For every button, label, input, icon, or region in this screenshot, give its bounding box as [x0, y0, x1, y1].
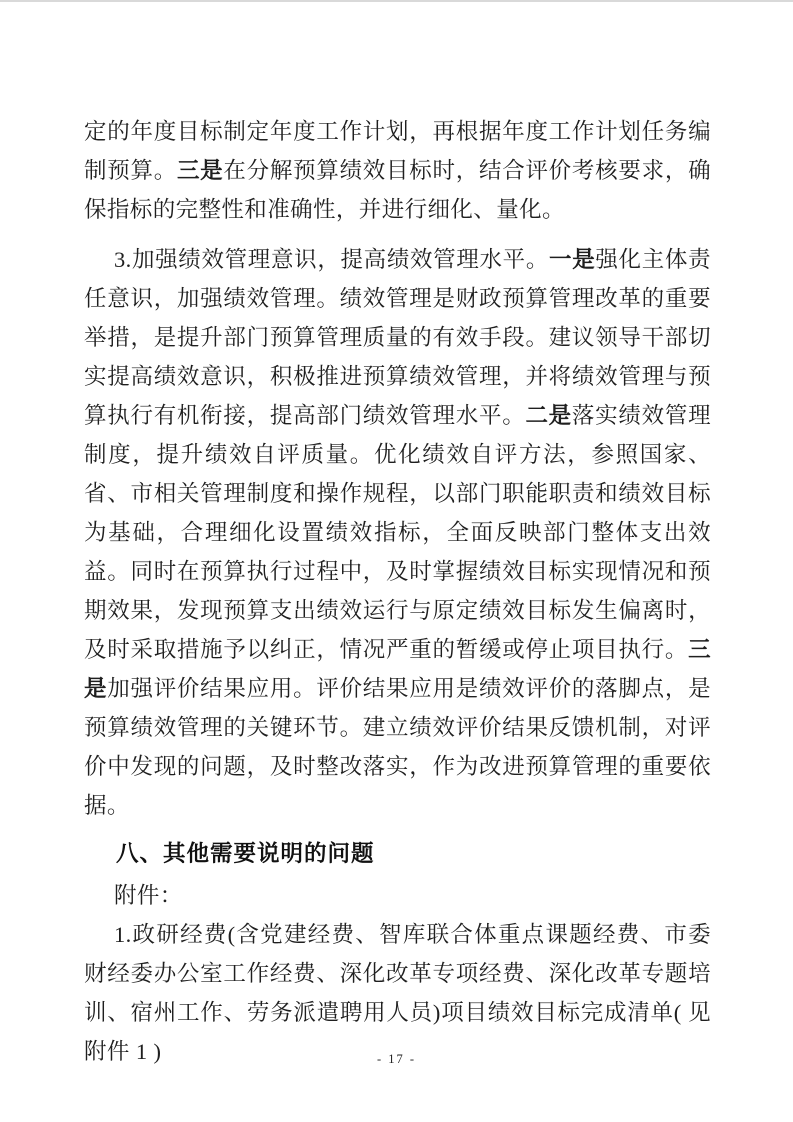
emphasis-run: 三是: [177, 158, 223, 183]
text-run: 3.加强绩效管理意识，提高绩效管理水平。: [114, 247, 549, 272]
text-run: 强化主体责任意识，加强绩效管理。绩效管理是财政预算管理改革的重要举措，是提升部门…: [84, 247, 711, 428]
text-run: 加强评价结果应用。评价结果应用是绩效评价的落脚点，是预算绩效管理的关键环节。建立…: [84, 676, 711, 818]
attachment-label: 附件：: [84, 876, 711, 915]
section-heading: 八、其他需要说明的问题: [84, 832, 711, 875]
page-content: 定的年度目标制定年度工作计划，再根据年度工作计划任务编制预算。三是在分解预算绩效…: [84, 112, 711, 1071]
body-paragraph: 3.加强绩效管理意识，提高绩效管理水平。一是强化主体责任意识，加强绩效管理。绩效…: [84, 240, 711, 825]
attachment-paragraph: 1.政研经费(含党建经费、智库联合体重点课题经费、市委财经委办公室工作经费、深化…: [84, 915, 711, 1071]
document-page: 定的年度目标制定年度工作计划，再根据年度工作计划任务编制预算。三是在分解预算绩效…: [0, 0, 793, 1122]
text-run: 落实绩效管理制度，提升绩效自评质量。优化绩效自评方法，参照国家、省、市相关管理制…: [84, 403, 711, 662]
scan-edge-line: [0, 0, 793, 2]
page-number: - 17 -: [0, 1052, 793, 1067]
body-paragraphs: 定的年度目标制定年度工作计划，再根据年度工作计划任务编制预算。三是在分解预算绩效…: [84, 112, 711, 825]
emphasis-run: 一是: [549, 247, 595, 272]
emphasis-run: 二是: [525, 403, 571, 428]
body-paragraph: 定的年度目标制定年度工作计划，再根据年度工作计划任务编制预算。三是在分解预算绩效…: [84, 112, 711, 229]
